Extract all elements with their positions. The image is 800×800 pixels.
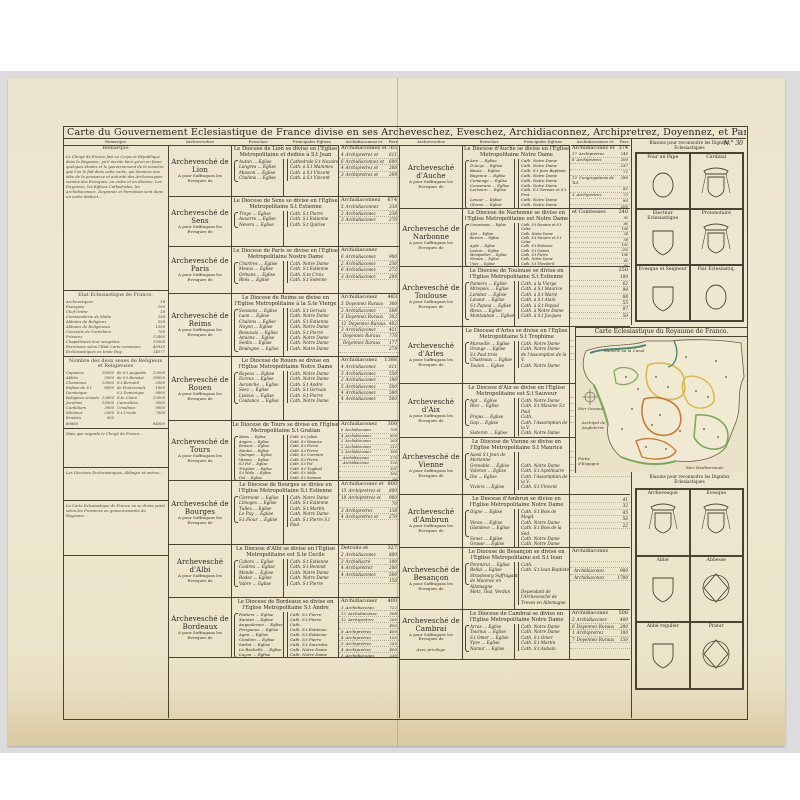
archdeaconry-count-label (572, 274, 574, 279)
row-value: 14077 (153, 349, 165, 354)
archdeaconry-n: 2 (341, 445, 343, 449)
parish-number: 80 (623, 199, 628, 204)
archdiocese-label: Archevesché d'AucheA pour Suffragans les… (400, 145, 463, 208)
brace-bracket (465, 510, 469, 537)
archdeaconry-n: 4 (341, 152, 344, 157)
archdeaconry-row: 22 (570, 523, 630, 529)
cathedral-name: Cath. à S.t Jacques (518, 313, 570, 318)
cathedral-name: Cath. Notre Dame (287, 346, 339, 351)
archdeaconry-n: 6 (341, 254, 344, 259)
cathedral-name: Cath. l'Assomption de la V. (518, 474, 570, 485)
eveche-name: Glandeve ... Eglise (470, 525, 518, 536)
coat-of-arms-icon (643, 219, 683, 259)
blason-cell: Protonotaire (690, 209, 744, 265)
diocese-header: Le Diocese d'Aix se divise en l'Eglise M… (463, 384, 570, 397)
archdiocese-suffragans: A pour Suffragans les Evesques de (400, 414, 462, 423)
archdeaconry-n: 18 (341, 495, 346, 500)
parish-number: 500 (389, 572, 397, 577)
parish-number: 32 (623, 503, 628, 508)
coat-of-arms-icon (696, 566, 736, 606)
archdeaconry-type: Archipretrez (346, 647, 372, 652)
etat-box: Etat Eclesiastique de France. Archevesqu… (63, 290, 168, 356)
cathedral-name: Cath. S.t Solenne (287, 277, 339, 282)
brace-bracket (465, 453, 469, 480)
archdiocese-label: Archevesché d'AixA pour Suffragans les E… (400, 384, 463, 437)
brace-bracket (465, 342, 469, 364)
archdeaconry-type: Archipretrez (346, 565, 373, 570)
archdeaconry-title: et Comtesses (572, 210, 606, 215)
etat-rows: Archevesques18Evesques109Chef Ordre18Com… (66, 299, 165, 354)
diocese-header: Le Diocese de Vienne se divise en l'Egli… (463, 438, 570, 451)
parish-number: 800 (389, 488, 397, 493)
diocese-block: Le Diocese de Paris se divise en l'Eglis… (232, 247, 339, 293)
archdiocese-label: Archevesché d'AmbrunA pour Suffragans le… (400, 495, 463, 547)
blason-cell: Pair Eclesiastiq. (690, 265, 744, 321)
parish-number: 263 (390, 439, 397, 444)
archdeaconry-count-label (572, 341, 574, 346)
blason-cell: Cardinal (690, 153, 744, 209)
coat-of-arms-icon (643, 499, 683, 539)
archdeaconry-n: 4 (341, 364, 344, 369)
archdeaconry-type: Archidiaconez (345, 434, 371, 438)
brace-bracket (465, 160, 469, 209)
archdeaconry-count-label: 18Archipretrez et (341, 495, 381, 500)
parish-number: 88 (623, 294, 628, 299)
archdeaconry-title: Archidiaconez (572, 549, 608, 554)
archdeaconry-count-label: 2Archidiaconez (341, 377, 376, 382)
parish-number: 722 (389, 605, 397, 610)
brace-bracket (465, 625, 469, 652)
blason-cell: Electeur Eclesiastique (636, 209, 690, 265)
cathedral-name: Cath. Notre Dame (518, 430, 570, 435)
archdiocese-label: Archevesché d'ArlesA pour Suffragans les… (400, 327, 463, 383)
cathedral-name: Cath. S.t Bois de la Sed. (518, 525, 570, 536)
parish-number: 900 (620, 568, 628, 573)
archdeaconry-count-label: 4Archidiaconez (341, 434, 371, 439)
diocese-header: Le Diocese de Lion se divise en l'Eglise… (232, 145, 339, 158)
archdeaconry-count-label: 5Archipretrez (341, 641, 371, 646)
archdeaconry-count-label: 8Archipretrez (341, 629, 371, 634)
map-label-mediterranee: Mer Mediterranée (686, 465, 723, 470)
archdeaconry-count-label: 3Archidiaconez (341, 217, 376, 222)
archdeaconry-n: 3 (572, 192, 575, 197)
blason-cell: Evesque et Seigneur (636, 265, 690, 321)
archdeaconry-type: Archipretrez (577, 157, 602, 162)
archdiocese-section: Archevesché de BesançonA pour Suffragans… (400, 548, 630, 610)
archdeaconry-column: Archidiaconnez et7654Archipretrez et6116… (338, 145, 399, 196)
list-row: Ecclesiastiques en toute Reg.14077 (66, 349, 165, 354)
archdeaconry-title: Detroits et (341, 546, 368, 551)
diocese-block: Le Diocese de Cambrai se divise en l'Egl… (463, 610, 570, 659)
archdeaconry-count-label: 4Archipretrez (341, 635, 371, 640)
diocese-block: Le Diocese de Bourges se divise en l'Egl… (232, 481, 339, 544)
archdeaconry-count-label (341, 467, 343, 472)
archdeaconry-count-label: Doyennez Ruraux (341, 333, 381, 338)
parish-number: 40 (624, 259, 628, 263)
blason-cell: Evesque (690, 489, 744, 556)
archdiocese-label: Archevesché de BordeauxA pour Suffragans… (169, 598, 232, 657)
suffragan-list: Apt ... EgliseCath. Notre DameRiez ... E… (463, 398, 570, 436)
suffragan-row: Digne ... EgliseCath. S.t Bois de Magd. (463, 509, 570, 520)
suffragan-list: Mans ... EgliseCath. S.t JulienAngers ..… (232, 435, 339, 480)
document-title: Carte du Gouvernement Eclesiastique de F… (63, 126, 746, 139)
parish-number: 238 (389, 211, 397, 216)
brace-bracket (234, 496, 238, 523)
coat-of-arms-icon (696, 275, 736, 315)
archdeaconry-title: Archidiaconez (341, 422, 377, 427)
row-label: Ermites (66, 415, 81, 420)
eveche-name: Viviers ... Eglise (470, 484, 518, 489)
suffragan-list: Chartres ... EgliseCath. Notre DameMeaux… (232, 261, 339, 283)
parish-number: 150 (620, 637, 628, 642)
parish-number: 209 (389, 172, 397, 177)
archdeaconry-type: Archipretrez et (346, 165, 378, 170)
archdeaconry-type: Archidiaconez (346, 267, 376, 272)
archdeaconry-count-label: 3Archidiaconez (341, 274, 376, 279)
archdeaconry-count-label: 4Archidiaconez (341, 364, 376, 369)
archdeaconry-count-label: 3Doyennez Ruraux (341, 314, 383, 319)
archdiocese-name: Archevesché de Vienne (400, 453, 462, 469)
archdeaconry-column: 4132455622 (569, 495, 630, 547)
suffragan-row: Montauban ... EgliseCath. à S.t Jacques (463, 313, 570, 318)
parish-number: 138 (389, 508, 397, 513)
diocese-block: Le Diocese d'Ambrun se divise en l'Eglis… (463, 495, 570, 547)
eveche-name: Luçon ... Eglise (239, 652, 287, 657)
archdeaconry-n: 4 (341, 165, 344, 170)
archdiocese-section: Archevesché de RouenA pour Suffragans le… (169, 357, 399, 421)
archdeaconry-count-label: 3Archipretrez (341, 508, 373, 513)
archdiocese-section: Archevesché de ToursA pour Suffragans le… (169, 421, 399, 481)
archdeaconry-type: Archidiaconez (346, 308, 376, 313)
archdeaconry-count-label: 3Archidiaconez (341, 327, 376, 332)
archdeaconry-count-label: 1Archipretrez (572, 630, 604, 635)
archdeaconry-type: Archidiaconez (346, 552, 376, 557)
archdeaconry-count-label: 12Archidiaconez (341, 611, 377, 616)
cathedral-name: Cath. Notre Dame (518, 363, 570, 368)
parish-number: 611 (389, 364, 397, 369)
blason-label: Prieur (691, 623, 743, 629)
parish-number: 100 (389, 559, 397, 564)
coat-of-arms-icon (643, 163, 683, 203)
archdeaconry-count-label (572, 516, 574, 521)
archdeaconry-count-label: 4Archipretrez (341, 565, 373, 570)
archdiocese-section: Archevesché de NarbonneA pour Suffragans… (400, 209, 630, 267)
list-row: Enfans de S.t Dominique8000 (66, 385, 114, 395)
archdiocese-name: Archevesché de Cambrai (400, 617, 462, 633)
archdeaconry-type: Archidiaconnez (346, 204, 379, 209)
archdiocese-label: Archevesché de ToursA pour Suffragans le… (169, 421, 232, 480)
archdeaconry-type: Archidiaconez (346, 327, 376, 332)
archdeaconry-header: Detroits et327 (339, 545, 399, 552)
eveche-name: Sisteron ... Eglise (470, 430, 518, 435)
archdeaconry-n: 3 (341, 314, 344, 319)
archdiocese-name: Archevesché de Bordeaux (169, 615, 231, 631)
parish-number: 120 (390, 461, 397, 466)
blasons-grid-bottom: ArchevesqueEvesqueAbbéAbbesseAbbé reguli… (635, 488, 744, 690)
plate-number: N.° 30 (724, 140, 743, 147)
archdeaconry-n: 2 (341, 377, 344, 382)
parish-number: 250 (389, 641, 397, 646)
archdeaconry-count-label: 8Archipretrez (572, 158, 602, 163)
diocese-header: Le Diocese d'Auche se divise en l'Eglise… (463, 145, 570, 158)
diocese-block: Le Diocese de Vienne se divise en l'Egli… (463, 438, 570, 494)
archdeaconry-count-label (572, 259, 574, 263)
archdeaconry-type: Archidiacré (346, 559, 371, 564)
suffragan-list: Porentrui ... EgliseCath.Bellai ... Egli… (463, 562, 570, 605)
archdeaconry-count-label (572, 287, 574, 292)
row-label: Ecclesiastiques en toute Reg. (66, 349, 123, 354)
eveche-name: Coutance ... Eglise (239, 398, 287, 403)
archdeaconry-count-label (572, 294, 574, 299)
archdeaconry-column: Archidiaconez et80015Archipretrez et8001… (338, 481, 399, 544)
parish-number: 150 (389, 635, 397, 640)
parish-number: 900 (389, 495, 397, 500)
parish-count: 765 (387, 146, 397, 151)
suffragan-row: Viviers ... EgliseCath. S.t Vincent (463, 484, 570, 489)
archdeaconry-n: 2 (341, 559, 344, 564)
eveche-name: Blois ... Eglise (239, 277, 287, 282)
archdeaconry-count-label: 4Archipretrez et (341, 514, 378, 519)
archdeaconry-n: 6 (572, 624, 575, 629)
map-label-manche: Manche ou la Canal (604, 348, 644, 353)
map-title: Carte Eclesiastique du Royaume de France… (576, 328, 747, 337)
archdeaconry-count-label (572, 281, 574, 286)
cathedral-name (518, 573, 570, 589)
parish-number: 56 (623, 516, 628, 521)
archdeaconry-count-label: 4Archidiaconez (341, 396, 376, 401)
coat-of-arms-icon (643, 632, 683, 672)
archdeaconry-type: Archidiaconez (345, 450, 371, 454)
archdiocese-suffragans: A pour Suffragans les Evesques de (169, 174, 231, 183)
archdeaconry-n: 4 (341, 565, 344, 570)
archdeaconry-n: 2 (341, 308, 344, 313)
archdeaconry-count-label (572, 306, 574, 311)
archdiocese-suffragans: A pour Suffragans les Evesques de (169, 225, 231, 234)
coat-of-arms-icon (643, 566, 683, 606)
religieux-heading: Nombre des deux sexes de Religieux et Re… (66, 359, 165, 369)
archdeaconry-type: Doyennez Ruraux (577, 624, 615, 629)
cathedral-name: Dependant de l'Archevesché de Treves en … (518, 589, 570, 605)
diocese-header: Le Diocese de Sens se divise en l'Eglise… (232, 197, 339, 210)
suffragan-list: Bayeux ... EgliseCath. Notre DameEvreux … (232, 371, 339, 403)
blasons-panel-bottom: Blasons pour reconnoitre les Dignitez Ec… (631, 472, 747, 718)
archdeaconry-count-label (572, 523, 574, 528)
diocese-header: Le Diocese d'Arles se divise en l'Eglise… (463, 327, 570, 340)
note-carte: La Carte Eclesiastique de France ne se d… (63, 500, 168, 556)
suffragan-row: Blois ... EgliseCath. S.t Solenne (232, 277, 339, 282)
suffragan-row: S.t Flour ... EgliseCath. S.t Pierre S.t… (232, 517, 339, 528)
archdeaconry-count-label (341, 578, 343, 583)
archdeaconry-count-label (572, 555, 574, 560)
parish-count: 240 (618, 210, 628, 215)
archdiocese-section: Archevesché de ToulouseA pour Suffragans… (400, 267, 630, 327)
parish-number: 200 (620, 624, 628, 629)
suffragan-list: Clermont ... EgliseCath. Notre DameLimog… (232, 495, 339, 527)
diocese-block: Le Diocese de Reims se divise en l'Eglis… (232, 294, 339, 356)
parish-number: 270 (389, 217, 397, 222)
archdiocese-name: Archevesché de Reims (169, 312, 231, 328)
archdeaconry-count-label (572, 471, 574, 476)
archdeaconry-type: Archipretrez et (346, 514, 378, 519)
archdiocese-section: Archevesché d'AlbiA pour Suffragans les … (169, 545, 399, 598)
cathedral-name: Cath. S.t Vincent (518, 484, 570, 489)
archdeaconry-column: ArchidiaconezArchidiaconez900Archidiacon… (569, 548, 630, 609)
parish-number: 101 (390, 467, 397, 472)
archdeaconry-n: 8 (341, 629, 344, 634)
archdiocese-label: Archevesché de VienneA pour Suffragans l… (400, 438, 463, 494)
archdiocese-suffragans: A pour Suffragans les Evesques de (400, 358, 462, 367)
archdiocese-label: Archevesché de LionA pour Suffragans les… (169, 145, 232, 196)
brace-bracket (234, 613, 238, 658)
archdeaconry-column: Archidiaconez4835Doyennez Ruraux3602Arch… (338, 294, 399, 356)
blason-cell: Abbé regulier (636, 622, 690, 689)
parish-count: 400 (387, 599, 397, 604)
diocese-header: Le Diocese de Narbonne se divise en l'Eg… (463, 209, 570, 222)
archdeaconry-title: Archidiaconez (341, 295, 377, 300)
blason-cell: Pour un Pape (636, 153, 690, 209)
remarque-column: Remarque Le Clergé de France fait un Cor… (63, 145, 169, 718)
archdiocese-suffragans: A pour Suffragans les Evesques de (400, 241, 462, 250)
archdeaconry-n: 2 (341, 211, 344, 216)
archdeaconry-n: 4 (341, 396, 344, 401)
archdeaconry-count-label: 4Archipretrez et (341, 152, 378, 157)
diocese-block: Le Diocese de Lion se divise en l'Eglise… (232, 145, 339, 196)
archdeaconry-row: 4Archipretrez et270 (339, 514, 399, 520)
archdeaconry-column: et Comtesses240958010824581002501964060 (569, 209, 630, 266)
eveche-name: Aussi S.t Jean de Morienne (470, 452, 518, 463)
parish-number: 600 (389, 159, 397, 164)
archdiocese-section: Archevesché de CambraiA pour Suffragans … (400, 610, 630, 660)
parish-number: 58 (624, 238, 628, 242)
archdeaconry-count-label (572, 354, 574, 359)
archdeaconry-count-label (572, 503, 574, 508)
suffragan-row: Beziers ... EgliseCath. S.t Nazaire et S… (463, 236, 570, 245)
parish-number: 450 (389, 623, 397, 628)
archdeaconry-n: 6 (341, 267, 344, 272)
parish-number: 100 (621, 243, 628, 247)
archdeaconry-type: Archidiaconez (346, 390, 376, 395)
archdiocese-section: Archevesché de SensA pour Suffragans les… (169, 197, 399, 247)
archdeaconry-column: Archidiaconnez6745Archidiaconnez3382Arch… (338, 197, 399, 246)
cathedral-name: Cath. S.t Pierre (287, 581, 339, 586)
suffragan-row: Dol ... EgliseCath. S.t Samson (232, 476, 339, 481)
archdeaconry-n: 2 (341, 261, 344, 266)
remarque-heading: Remarque (63, 145, 168, 151)
suffragan-list: Soissons ... EgliseCath. S.t GervaisLaon… (232, 308, 339, 351)
coat-of-arms-icon (696, 632, 736, 672)
archdeaconry-type: Doyennez Ruraux (577, 637, 615, 642)
suffragan-row: Luçon ... EgliseCath. Notre Dame (232, 652, 339, 657)
blason-label: Cardinal (691, 154, 743, 160)
archdiocese-name: Archevesché de Narbonne (400, 225, 462, 241)
archdeaconry-count-label: 2Archidiaconez (341, 439, 371, 444)
suffragan-list: Aussi S.t Jean de MorienneGrenoble ... E… (463, 452, 570, 490)
archdeaconry-count-label: Archidiaconez (572, 575, 604, 580)
archdeaconry-count-label (341, 623, 343, 628)
archdeaconry-count-label (572, 391, 574, 396)
archdiocese-suffragans: A pour Suffragans les Evesques de (169, 454, 231, 463)
archdeaconry-count-label: 5Archidiaconez (341, 384, 376, 389)
parish-number: 900 (389, 254, 397, 259)
archdeaconry-type: Archidiaconez (345, 439, 371, 443)
archdeaconry-header: Archidiaconez1388 (339, 357, 399, 364)
archdiocese-label: Archevesché d'AlbiA pour Suffragans les … (169, 545, 232, 597)
archdeaconry-count-label: 3Archipretrez et (341, 172, 378, 177)
eveche-name: Boulogne ... Eglise (239, 346, 287, 351)
cathedral-name: Cath. S.t Nazaire et S.t Celse (518, 236, 570, 245)
diocese-header: Le Diocese de Besançon se divise en l'Eg… (463, 548, 570, 561)
archdeaconry-n: 4 (341, 434, 343, 438)
archdeaconry-count-label (572, 300, 574, 305)
archdiocese-label: Archevesché de SensA pour Suffragans les… (169, 197, 232, 246)
suffragan-row: Metz, Toul, VerdunDependant de l'Archeve… (463, 589, 570, 605)
eveche-name: S.t Flour ... Eglise (239, 517, 287, 528)
archdiocese-suffragans: A pour Suffragans les Evesques de (400, 524, 462, 533)
archdeaconry-count-label (572, 222, 574, 226)
blason-label: Evesque (691, 490, 743, 496)
brace-bracket (234, 212, 238, 228)
france-map-drawing (576, 337, 747, 473)
archdiocese-label: Archevesché de BourgesA pour Suffragans … (169, 481, 232, 544)
archdiocese-name: Archevesché de Rouen (169, 376, 231, 392)
archdiocese-section: Archevesché d'AucheA pour Suffragans les… (400, 145, 630, 209)
archdeaconry-count-label: 3Archidiaconez (341, 605, 374, 610)
archdeaconry-header: Archidiaconez (339, 247, 399, 254)
archdeaconry-count-label (572, 199, 574, 204)
religieux-box: Nombre des deux sexes de Religieux et Re… (63, 356, 168, 428)
archdiocese-section: Archevesché de BourgesA pour Suffragans … (169, 481, 399, 545)
blason-label: Protonotaire (691, 210, 743, 216)
parish-number: 400 (620, 617, 628, 622)
archdiocese-suffragans: A pour Suffragans les Evesques de (400, 180, 462, 189)
archdeaconry-count-label (572, 497, 574, 502)
archdeaconry-row: 3Archidiaconez270 (339, 217, 399, 223)
archdeaconry-header: Archidiaconez483 (339, 294, 399, 301)
archdiocese-section: Archevesché d'AmbrunA pour Suffragans le… (400, 495, 630, 548)
archdeaconry-row: 3Archipretrez et209 (339, 172, 399, 178)
parish-number: 41 (623, 497, 628, 502)
parish-number: 50 (623, 313, 628, 318)
cathedral-name: de l'Assomption de la V. (518, 352, 570, 363)
archdeaconry-n: 5 (341, 204, 344, 209)
archdiocese-name: Archevesché de Lion (169, 158, 231, 174)
eveche-name: Strasbourg Suffragant de Maience en Alle… (470, 573, 518, 589)
archdeaconry-type: Archidiaconez (345, 445, 371, 449)
blason-label: Evesque et Seigneur (637, 266, 689, 272)
archdeaconry-type: Doyennez Ruraux (343, 340, 381, 345)
diocese-block: Le Diocese de Besançon se divise en l'Eg… (463, 548, 570, 609)
eveche-name: Digne ... Eglise (470, 509, 518, 520)
archdeaconry-n: 7 (572, 637, 575, 642)
archdeaconry-column: Archidiaconez3006Archidiaconez7004Archid… (338, 421, 399, 480)
archdeaconry-type: Archidiaconez (346, 371, 376, 376)
archdeaconry-column: Archidiaconez13884Archidiaconez6113Archi… (338, 357, 399, 420)
archdeaconry-n: 3 (341, 605, 344, 610)
archdeaconry-count-label (572, 452, 574, 457)
archdeaconry-title: Archidiaconez (341, 248, 377, 253)
archdeaconry-type: Archipretrez et (346, 152, 378, 157)
parish-count: 483 (387, 295, 397, 300)
parish-number: 278 (389, 346, 397, 351)
archdeaconry-type: Archipretrez (348, 617, 374, 622)
archdeaconry-n: 12 (341, 321, 346, 326)
archdiocese-suffragans: A pour Suffragans les Evesques de (400, 469, 462, 478)
archdeaconry-row (570, 643, 630, 649)
parish-number: 108 (621, 227, 628, 231)
archdiocese-suffragans: A pour Suffragans les Evesques de (400, 633, 462, 642)
archdeaconry-count-label: 2Archidiaconez (572, 617, 607, 622)
coat-of-arms-icon (643, 275, 683, 315)
